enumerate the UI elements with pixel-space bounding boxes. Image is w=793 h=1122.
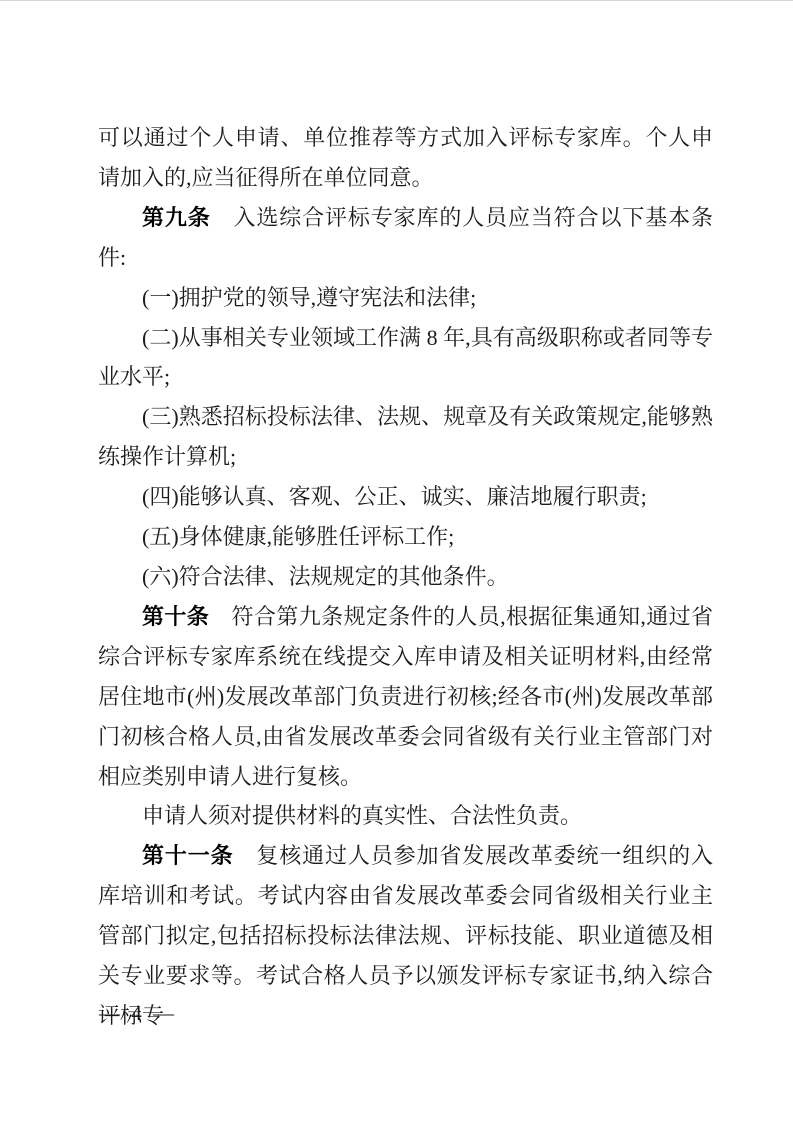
text-run: (二)从事相关专业领域工作满 8 年,具有高级职称或者同等专业水平; (98, 325, 713, 390)
paragraph: 可以通过个人申请、单位推荐等方式加入评标专家库。个人申请加入的,应当征得所在单位… (98, 118, 713, 198)
paragraph: (五)身体健康,能够胜任评标工作; (98, 517, 713, 557)
text-run: (三)熟悉招标投标法律、法规、规章及有关政策规定,能够熟练操作计算机; (98, 404, 713, 469)
text-run: 复核通过人员参加省发展改革委统一组织的入库培训和考试。考试内容由省发展改革委会同… (98, 843, 713, 1028)
paragraph: (一)拥护党的领导,遵守宪法和法律; (98, 278, 713, 318)
document-page: 可以通过个人申请、单位推荐等方式加入评标专家库。个人申请加入的,应当征得所在单位… (0, 0, 793, 1122)
paragraph: 第十条 符合第九条规定条件的人员,根据征集通知,通过省综合评标专家库系统在线提交… (98, 597, 713, 797)
text-run: 申请人须对提供材料的真实性、合法性负责。 (142, 803, 582, 828)
text-run: 符合第九条规定条件的人员,根据征集通知,通过省综合评标专家库系统在线提交入库申请… (98, 604, 713, 789)
text-run: (五)身体健康,能够胜任评标工作; (142, 524, 454, 549)
article-number: 第十一条 (142, 843, 234, 868)
paragraph: 申请人须对提供材料的真实性、合法性负责。 (98, 796, 713, 836)
paragraph: (四)能够认真、客观、公正、诚实、廉洁地履行职责; (98, 477, 713, 517)
paragraph: 第九条 入选综合评标专家库的人员应当符合以下基本条件: (98, 198, 713, 278)
paragraph: 第十一条 复核通过人员参加省发展改革委统一组织的入库培训和考试。考试内容由省发展… (98, 836, 713, 1036)
document-body: 可以通过个人申请、单位推荐等方式加入评标专家库。个人申请加入的,应当征得所在单位… (98, 118, 713, 1036)
article-number: 第十条 (142, 604, 209, 629)
text-run: (一)拥护党的领导,遵守宪法和法律; (142, 285, 476, 310)
text-run: (六)符合法律、法规规定的其他条件。 (142, 564, 509, 589)
paragraph: (六)符合法律、法规规定的其他条件。 (98, 557, 713, 597)
text-run: (四)能够认真、客观、公正、诚实、廉洁地履行职责; (142, 484, 647, 509)
page-number: — 4 — (99, 998, 177, 1028)
article-number: 第九条 (142, 205, 211, 230)
paragraph: (三)熟悉招标投标法律、法规、规章及有关政策规定,能够熟练操作计算机; (98, 397, 713, 477)
text-run: 可以通过个人申请、单位推荐等方式加入评标专家库。个人申请加入的,应当征得所在单位… (98, 125, 713, 190)
paragraph: (二)从事相关专业领域工作满 8 年,具有高级职称或者同等专业水平; (98, 318, 713, 398)
